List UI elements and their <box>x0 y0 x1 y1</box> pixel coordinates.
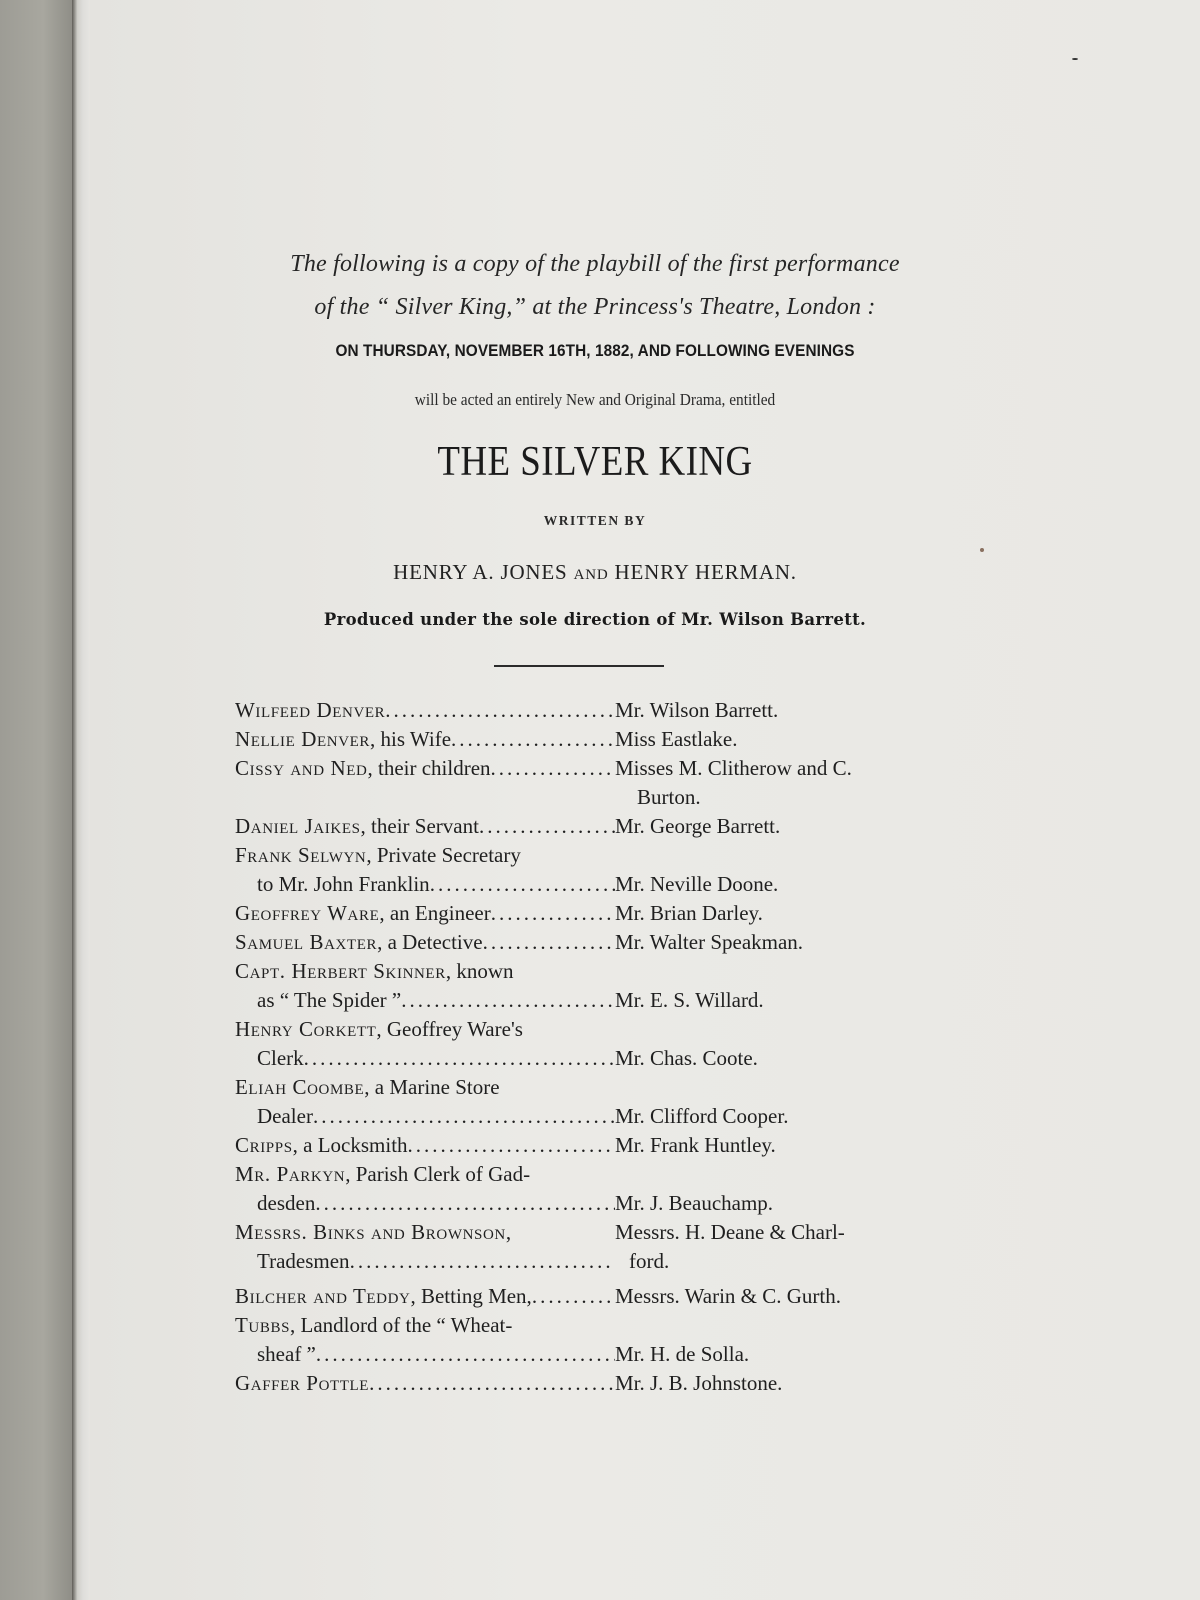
actor-name: Messrs. Warin & C. Gurth. <box>615 1282 841 1311</box>
authors-line: HENRY A. JONES AND HENRY HERMAN. <box>0 560 1190 585</box>
character-name: Capt. Herbert Skinner <box>235 959 446 983</box>
cast-row-continuation: desdenMr. J. Beauchamp. <box>235 1189 945 1218</box>
character-cell: Samuel Baxter, a Detective <box>235 928 615 957</box>
character-description-cont: to Mr. John Franklin <box>257 870 430 899</box>
author-2: HENRY HERMAN. <box>615 560 797 584</box>
leader-dots <box>401 986 615 1015</box>
intro-line-1: The following is a copy of the playbill … <box>0 243 1190 286</box>
cast-row: Frank Selwyn, Private Secretary <box>235 841 945 870</box>
character-description: , a Locksmith <box>293 1133 408 1157</box>
actor-name-cont: Burton. <box>637 783 701 812</box>
character-cell: Geoffrey Ware, an Engineer <box>235 899 615 928</box>
cast-list: Wilfeed DenverMr. Wilson Barrett.Nellie … <box>235 696 945 1398</box>
cast-row: Gaffer PottleMr. J. B. Johnstone. <box>235 1369 945 1398</box>
cast-row: Geoffrey Ware, an EngineerMr. Brian Darl… <box>235 899 945 928</box>
leader-dots <box>304 1044 615 1073</box>
cast-row: Nellie Denver, his WifeMiss Eastlake. <box>235 725 945 754</box>
leader-dots <box>430 870 615 899</box>
book-gutter <box>72 0 90 1600</box>
character-description-cont: Clerk <box>257 1044 304 1073</box>
actor-name: Mr. J. Beauchamp. <box>615 1189 773 1218</box>
leader-dots <box>491 754 615 783</box>
character-name: Bilcher and Teddy <box>235 1284 410 1308</box>
character-cell: Cripps, a Locksmith <box>235 1131 615 1160</box>
character-name: Messrs. Binks and Brownson <box>235 1220 506 1244</box>
actor-name: Mr. Chas. Coote. <box>615 1044 758 1073</box>
character-name: Nellie Denver <box>235 727 370 751</box>
character-name: Wilfeed Denver <box>235 698 385 722</box>
character-cell: Nellie Denver, his Wife <box>235 725 615 754</box>
character-cell: Capt. Herbert Skinner, known <box>235 957 615 986</box>
character-cell: Bilcher and Teddy, Betting Men, <box>235 1282 615 1311</box>
actor-name: Mr. J. B. Johnstone. <box>615 1369 782 1398</box>
actor-name: Miss Eastlake. <box>615 725 737 754</box>
character-cell: to Mr. John Franklin <box>235 870 615 899</box>
cast-row-continuation: ClerkMr. Chas. Coote. <box>235 1044 945 1073</box>
character-description: , Geoffrey Ware's <box>376 1017 523 1041</box>
leader-dots <box>483 928 615 957</box>
direction-credit: Produced under the sole direction of Mr.… <box>0 610 1190 629</box>
leader-dots <box>313 1102 615 1131</box>
performance-date: ON THURSDAY, NOVEMBER 16TH, 1882, AND FO… <box>42 342 1149 361</box>
actor-name: Mr. Clifford Cooper. <box>615 1102 788 1131</box>
character-description: , a Detective <box>377 930 483 954</box>
leader-dots <box>369 1369 615 1398</box>
character-cell: Tubbs, Landlord of the “ Wheat- <box>235 1311 615 1340</box>
character-cell: as “ The Spider ” <box>235 986 615 1015</box>
background-surface <box>0 0 72 1600</box>
leader-dots <box>491 899 615 928</box>
character-description: , their children <box>367 756 490 780</box>
character-name: Daniel Jaikes <box>235 814 361 838</box>
character-name: Henry Corkett <box>235 1017 376 1041</box>
actor-name: Misses M. Clitherow and C. <box>615 754 852 783</box>
character-description: , his Wife <box>370 727 451 751</box>
cast-row: Mr. Parkyn, Parish Clerk of Gad- <box>235 1160 945 1189</box>
author-1: HENRY A. JONES <box>393 560 567 584</box>
actor-name: Mr. E. S. Willard. <box>615 986 764 1015</box>
leader-dots <box>408 1131 615 1160</box>
character-cell: Mr. Parkyn, Parish Clerk of Gad- <box>235 1160 615 1189</box>
character-name: Geoffrey Ware <box>235 901 379 925</box>
character-description-cont: Tradesmen <box>257 1247 350 1276</box>
cast-row: Cissy and Ned, their childrenMisses M. C… <box>235 754 945 783</box>
character-description: , Landlord of the “ Wheat- <box>290 1313 512 1337</box>
intro-line-2: of the “ Silver King,” at the Princess's… <box>0 286 1190 329</box>
intro-paragraph: The following is a copy of the playbill … <box>0 243 1190 329</box>
character-description: , their Servant <box>361 814 479 838</box>
leader-dots <box>532 1282 615 1311</box>
cast-row: Samuel Baxter, a DetectiveMr. Walter Spe… <box>235 928 945 957</box>
paper-mark <box>1072 58 1078 60</box>
character-name: Cripps <box>235 1133 293 1157</box>
character-cell: Wilfeed Denver <box>235 696 615 725</box>
cast-row-continuation: Burton. <box>235 783 945 812</box>
character-name: Samuel Baxter <box>235 930 377 954</box>
leader-dots <box>315 1189 615 1218</box>
character-name: Eliah Coombe <box>235 1075 364 1099</box>
actor-name: Mr. Neville Doone. <box>615 870 778 899</box>
leader-dots <box>316 1340 615 1369</box>
cast-row: Capt. Herbert Skinner, known <box>235 957 945 986</box>
character-description: , Private Secretary <box>366 843 521 867</box>
actor-name: Mr. Wilson Barrett. <box>615 696 778 725</box>
character-name: Tubbs <box>235 1313 290 1337</box>
character-cell: desden <box>235 1189 615 1218</box>
actor-name: Messrs. H. Deane & Charl- <box>615 1218 845 1247</box>
actor-name: Mr. Brian Darley. <box>615 899 763 928</box>
cast-row: Wilfeed DenverMr. Wilson Barrett. <box>235 696 945 725</box>
paper-speck <box>980 548 984 552</box>
character-cell: Daniel Jaikes, their Servant <box>235 812 615 841</box>
cast-row: Eliah Coombe, a Marine Store <box>235 1073 945 1102</box>
character-name: Frank Selwyn <box>235 843 366 867</box>
actor-name-cont: ford. <box>615 1247 669 1276</box>
character-description: , <box>506 1220 511 1244</box>
authors-conjunction: AND <box>574 567 609 583</box>
leader-dots <box>385 696 615 725</box>
character-description: , a Marine Store <box>364 1075 499 1099</box>
cast-row: Cripps, a LocksmithMr. Frank Huntley. <box>235 1131 945 1160</box>
character-cell: Messrs. Binks and Brownson, <box>235 1218 615 1247</box>
character-description-cont: sheaf ” <box>257 1340 316 1369</box>
character-description-cont: as “ The Spider ” <box>257 986 401 1015</box>
character-cell: Henry Corkett, Geoffrey Ware's <box>235 1015 615 1044</box>
character-description: , Parish Clerk of Gad- <box>345 1162 530 1186</box>
leader-dots <box>479 812 615 841</box>
cast-row-continuation: sheaf ”Mr. H. de Solla. <box>235 1340 945 1369</box>
leader-dots <box>451 725 615 754</box>
character-description: , known <box>446 959 514 983</box>
character-name: Gaffer Pottle <box>235 1371 369 1395</box>
actor-name: Mr. H. de Solla. <box>615 1340 749 1369</box>
actor-name: Mr. Walter Speakman. <box>615 928 803 957</box>
play-title: THE SILVER KING <box>71 438 1118 486</box>
character-name: Mr. Parkyn <box>235 1162 345 1186</box>
cast-row: Bilcher and Teddy, Betting Men,Messrs. W… <box>235 1282 945 1311</box>
leader-dots <box>350 1247 615 1276</box>
character-description: , an Engineer <box>379 901 490 925</box>
section-divider <box>494 665 664 667</box>
cast-row-continuation: DealerMr. Clifford Cooper. <box>235 1102 945 1131</box>
character-description-cont: desden <box>257 1189 315 1218</box>
cast-row: Tubbs, Landlord of the “ Wheat- <box>235 1311 945 1340</box>
cast-row-continuation: to Mr. John FranklinMr. Neville Doone. <box>235 870 945 899</box>
character-cell: Frank Selwyn, Private Secretary <box>235 841 615 870</box>
character-cell: Dealer <box>235 1102 615 1131</box>
cast-row: Henry Corkett, Geoffrey Ware's <box>235 1015 945 1044</box>
character-cell: Cissy and Ned, their children <box>235 754 615 783</box>
cast-row-continuation: Tradesmenford. <box>235 1247 945 1276</box>
cast-row: Daniel Jaikes, their ServantMr. George B… <box>235 812 945 841</box>
cast-row: Messrs. Binks and Brownson,Messrs. H. De… <box>235 1218 945 1247</box>
announcement-line: will be acted an entirely New and Origin… <box>42 390 1149 410</box>
character-description: , Betting Men, <box>410 1284 531 1308</box>
character-cell: sheaf ” <box>235 1340 615 1369</box>
character-cell: Gaffer Pottle <box>235 1369 615 1398</box>
character-cell: Clerk <box>235 1044 615 1073</box>
character-name: Cissy and Ned <box>235 756 367 780</box>
written-by-label: WRITTEN BY <box>0 513 1190 529</box>
character-description-cont: Dealer <box>257 1102 313 1131</box>
actor-name: Mr. George Barrett. <box>615 812 780 841</box>
cast-row-continuation: as “ The Spider ”Mr. E. S. Willard. <box>235 986 945 1015</box>
character-cell: Eliah Coombe, a Marine Store <box>235 1073 615 1102</box>
actor-name: Mr. Frank Huntley. <box>615 1131 776 1160</box>
character-cell: Tradesmen <box>235 1247 615 1276</box>
